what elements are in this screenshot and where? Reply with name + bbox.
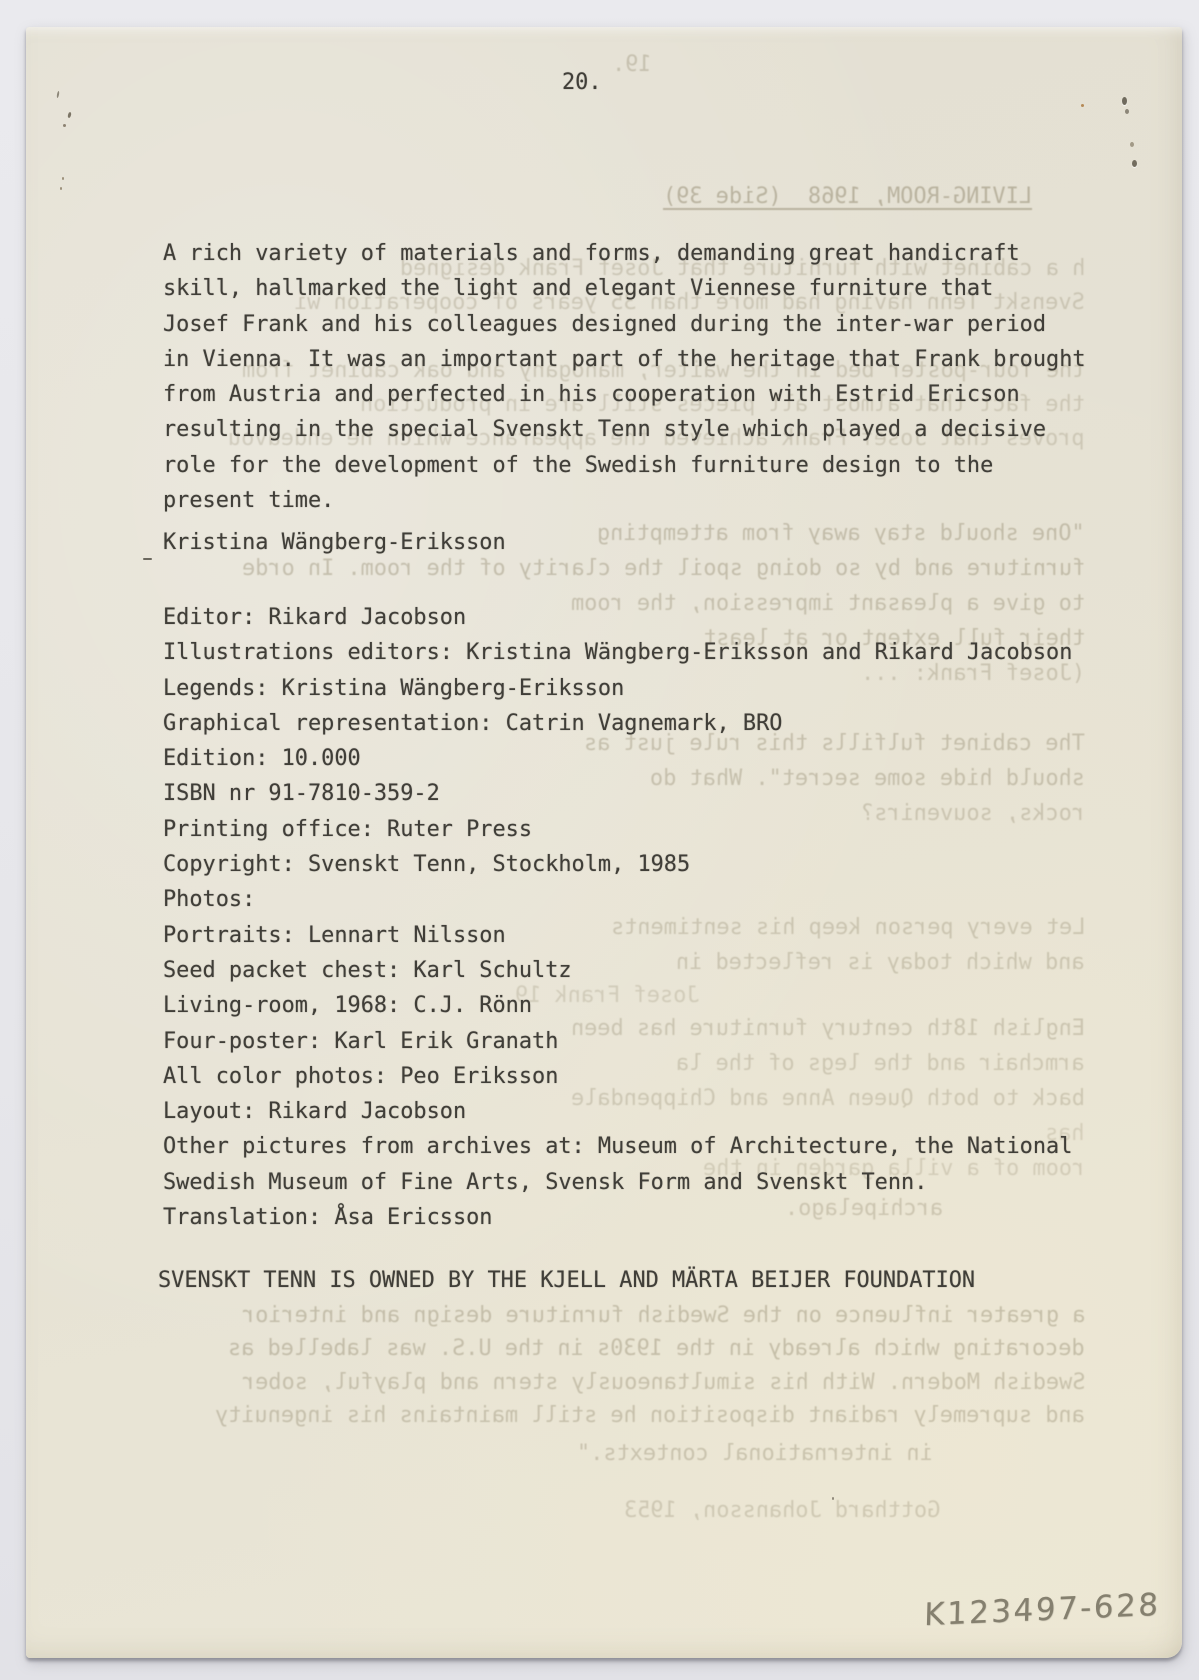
text-line: ISBN nr 91-7810-359-2 (163, 776, 1072, 811)
credits-list: Editor: Rikard JacobsonIllustrations edi… (163, 600, 1072, 1235)
paper-speck (1130, 142, 1134, 147)
paper-speck (1125, 109, 1129, 114)
bleedthrough-text: LIVING-ROOM, 1968 (Side 39) (663, 186, 1032, 208)
bleedthrough-text: 19. (612, 54, 652, 76)
bleedthrough-text: a greater influence on the Swedish furni… (242, 1305, 1085, 1327)
text-line: Josef Frank and his colleagues designed … (163, 307, 1086, 342)
text-line: Portraits: Lennart Nilsson (163, 918, 1072, 953)
text-line: skill, hallmarked the light and elegant … (163, 271, 1086, 306)
text-line: Printing office: Ruter Press (163, 812, 1072, 847)
text-line: A rich variety of materials and forms, d… (163, 236, 1086, 271)
text-line: Other pictures from archives at: Museum … (163, 1129, 1072, 1164)
ownership-statement: SVENSKT TENN IS OWNED BY THE KJELL AND M… (158, 1268, 975, 1293)
body-paragraph: A rich variety of materials and forms, d… (163, 236, 1086, 518)
text-line: Translation: Åsa Ericsson (163, 1200, 1072, 1235)
text-line: Copyright: Svenskt Tenn, Stockholm, 1985 (163, 847, 1072, 882)
text-line: Photos: (163, 882, 1072, 917)
bleedthrough-text: Swedish Modern. With his simultaneously … (242, 1372, 1085, 1394)
paper-speck (832, 1497, 834, 1500)
bleedthrough-text: decorating which already in the 1930s in… (228, 1338, 1085, 1360)
paper-speck (60, 187, 62, 190)
text-line: from Austria and perfected in his cooper… (163, 377, 1086, 412)
scanner-background: { "document": { "page_number": "20.", "p… (0, 0, 1199, 1680)
text-line: Four-poster: Karl Erik Granath (163, 1024, 1072, 1059)
text-line: Layout: Rikard Jacobson (163, 1094, 1072, 1129)
stray-typewriter-dash (143, 558, 152, 560)
text-line: Living-room, 1968: C.J. Rönn (163, 988, 1072, 1023)
paper-speck (63, 124, 66, 127)
text-line: resulting in the special Svenskt Tenn st… (163, 412, 1086, 447)
bleedthrough-text: furniture and by so doing spoil the clar… (242, 558, 1085, 580)
text-line: Edition: 10.000 (163, 741, 1072, 776)
scan-stage: 19.LIVING-ROOM, 1968 (Side 39)h a cabine… (0, 0, 1199, 1680)
byline: Kristina Wängberg-Eriksson (163, 530, 506, 555)
text-line: Seed packet chest: Karl Schultz (163, 953, 1072, 988)
text-line: Graphical representation: Catrin Vagnema… (163, 706, 1072, 741)
bleedthrough-text: in international contexts." (577, 1443, 933, 1465)
bleedthrough-text: and supremely radiant disposition he sti… (215, 1405, 1085, 1427)
paper-speck (1122, 97, 1127, 105)
paper-speck (62, 177, 64, 180)
paper-speck (1081, 104, 1084, 107)
paper-speck (1132, 160, 1137, 167)
bleedthrough-text: Gotthard Johansson, 1953 (624, 1500, 940, 1522)
page-number: 20. (562, 70, 602, 95)
text-line: present time. (163, 483, 1086, 518)
text-line: Legends: Kristina Wängberg-Eriksson (163, 671, 1072, 706)
text-line: All color photos: Peo Eriksson (163, 1059, 1072, 1094)
document-page: 19.LIVING-ROOM, 1968 (Side 39)h a cabine… (26, 27, 1182, 1658)
text-line: Illustrations editors: Kristina Wängberg… (163, 635, 1072, 670)
text-line: in Vienna. It was an important part of t… (163, 342, 1086, 377)
text-line: Editor: Rikard Jacobson (163, 600, 1072, 635)
bleedthrough-text: "One should stay away from attempting (597, 523, 1085, 545)
text-line: role for the development of the Swedish … (163, 448, 1086, 483)
text-line: Swedish Museum of Fine Arts, Svensk Form… (163, 1165, 1072, 1200)
